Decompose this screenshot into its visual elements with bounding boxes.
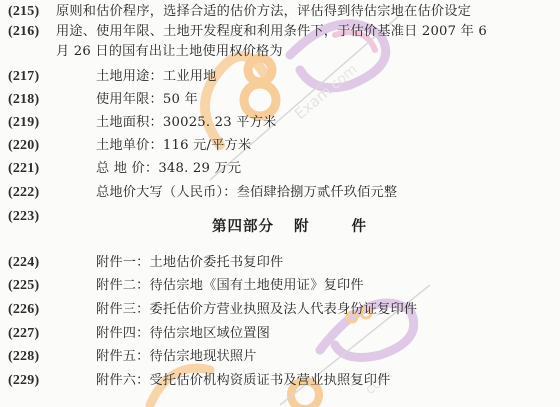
svg-text:com: com: [327, 62, 360, 93]
line-number: (218): [8, 90, 39, 110]
line-number: (219): [8, 113, 39, 133]
line-number: (223): [8, 207, 39, 227]
attachment-item: 附件六：受托估价机构资质证书及营业执照复印件: [96, 371, 391, 391]
section-title-char: 附: [294, 219, 310, 235]
attachment-item: 附件三：委托估价方营业执照及法人代表身份证复印件: [96, 300, 417, 320]
paragraph-text: 用途、使用年限、土地开发程度和利用条件下，于估价基准日 2007 年 6: [56, 22, 487, 42]
line-number: (228): [8, 347, 39, 367]
line-number: (224): [8, 253, 39, 273]
total-price-uppercase-field: 总地价大写（人民币）：叁佰肆拾捌万贰仟玖佰元整: [96, 183, 397, 203]
land-use-field: 土地用途：工业用地: [96, 67, 217, 87]
unit-price-field: 土地单价：116 元/平方米: [96, 136, 251, 156]
line-number: (216): [8, 22, 39, 42]
line-number: (227): [8, 324, 39, 344]
line-number: (225): [8, 276, 39, 296]
total-price-field: 总 地 价：348. 29 万元: [96, 159, 241, 179]
paragraph-text: 月 26 日的国有出让土地使用权价格为: [56, 42, 283, 62]
document-page: Exam com com (215) 原则和估价程序，选择合适的估价方法，评估得…: [0, 0, 560, 407]
attachment-item: 附件一：土地估价委托书复印件: [96, 253, 283, 273]
line-number: (217): [8, 67, 39, 87]
attachment-item: 附件五：待估宗地现状照片: [96, 347, 257, 367]
line-number: (226): [8, 300, 39, 320]
line-number: (229): [8, 371, 39, 391]
section-part-label: 第四部分: [212, 219, 274, 235]
line-number: (222): [8, 183, 39, 203]
attachment-item: 附件四：待估宗地区域位置图: [96, 324, 270, 344]
line-number: (221): [8, 159, 39, 179]
section-title-char: 件: [352, 219, 368, 235]
paragraph-text: 原则和估价程序，选择合适的估价方法，评估得到待估宗地在估价设定: [56, 2, 471, 22]
svg-text:Exam: Exam: [291, 82, 335, 123]
land-area-field: 土地面积：30025. 23 平方米: [96, 113, 276, 133]
line-number: (215): [8, 2, 39, 22]
term-of-use-field: 使用年限：50 年: [96, 90, 198, 110]
attachment-item: 附件二：待估宗地《国有土地使用证》复印件: [96, 276, 364, 296]
line-number: (220): [8, 136, 39, 156]
